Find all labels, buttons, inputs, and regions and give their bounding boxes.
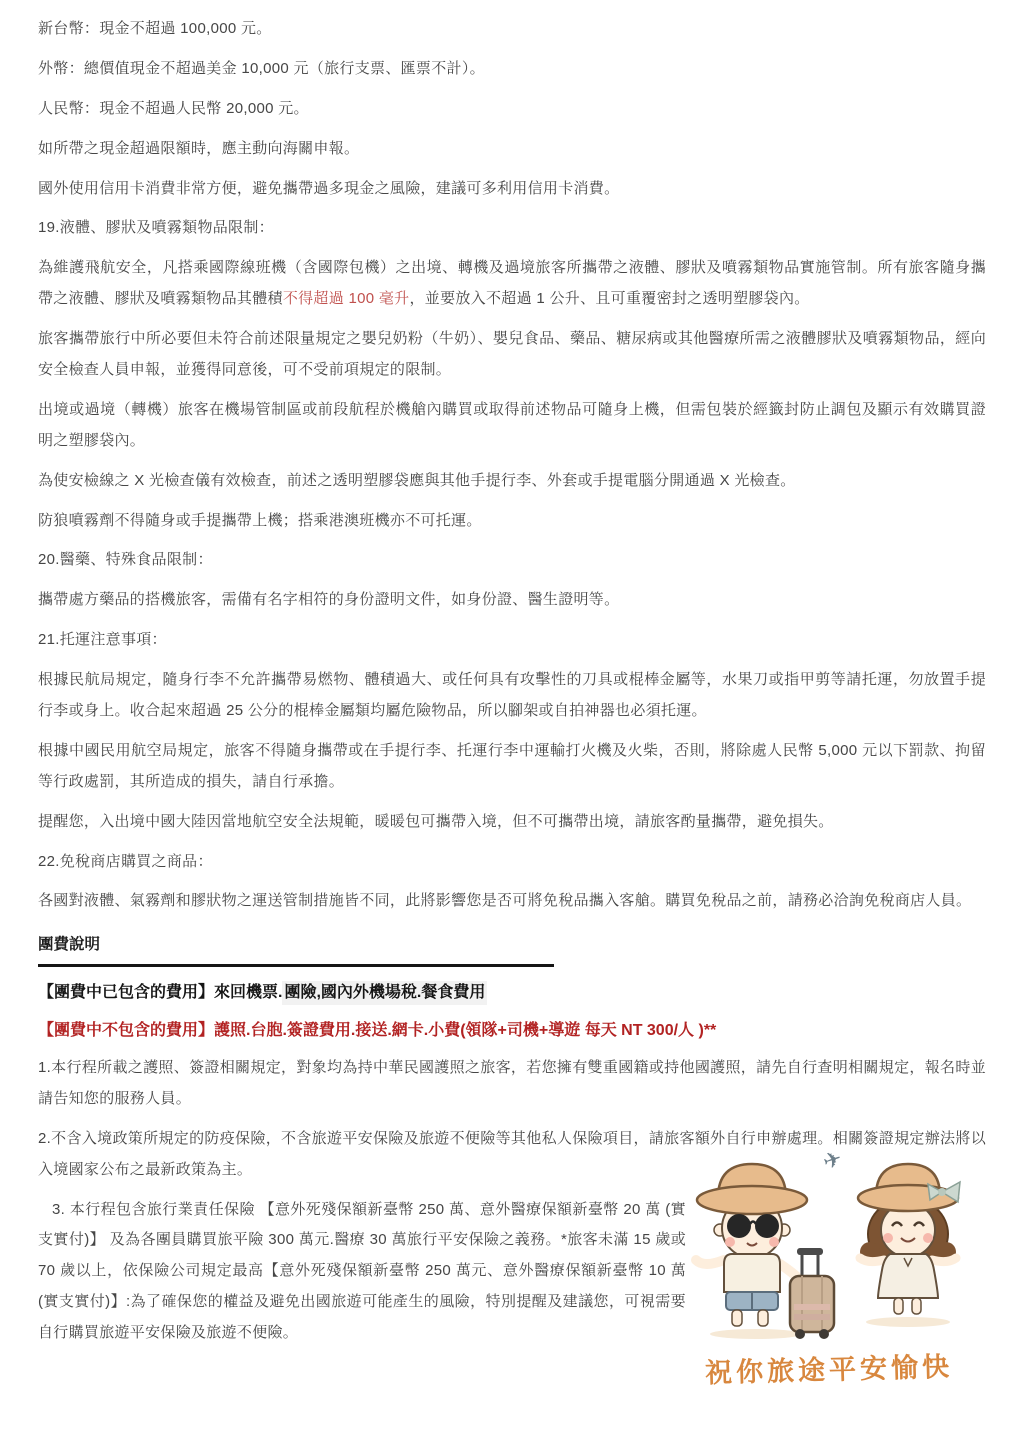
fee-bottom-block: 2.不含入境政策所規定的防疫保險，不含旅遊平安保險及旅遊不便險等其他私人保險項目… [38, 1124, 986, 1349]
sunglasses-icon [727, 1214, 751, 1238]
currency-line-twd: 新台幣：現金不超過 100,000 元。 [38, 14, 986, 45]
section-21-heading: 21.托運注意事項： [38, 625, 986, 656]
suitcase-icon [790, 1248, 834, 1339]
fee-section-title: 團費說明 [38, 933, 554, 966]
fee-excluded-line: 【團費中不包含的費用】護照.台胞.簽證費用.接送.網卡.小費(領隊+司機+導遊 … [38, 1015, 986, 1046]
currency-line-rmb: 人民幣：現金不超過人民幣 20,000 元。 [38, 94, 986, 125]
currency-line-foreign: 外幣：總價值現金不超過美金 10,000 元（旅行支票、匯票不計）。 [38, 54, 986, 85]
customs-declare-line: 如所帶之現金超過限額時，應主動向海關申報。 [38, 134, 986, 165]
fee-included-highlight: 團險,國內外機場稅.餐食費用 [282, 981, 487, 1005]
fee-included-label: 【團費中已包含的費用】來回機票. [38, 984, 282, 1001]
fee-included-line: 【團費中已包含的費用】來回機票.團險,國內外機場稅.餐食費用 [38, 977, 986, 1008]
shadow-left [710, 1329, 802, 1339]
shadow-right [866, 1317, 950, 1327]
plane-icon: ✈ [820, 1146, 845, 1175]
liquids-exception-paragraph: 旅客攜帶旅行中所必要但未符合前述限量規定之嬰兒奶粉（牛奶）、嬰兒食品、藥品、糖尿… [38, 324, 986, 386]
lighter-rule-paragraph: 根據中國民用航空局規定，旅客不得隨身攜帶或在手提行李、托運行李中運輸打火機及火柴… [38, 736, 986, 798]
liquids-rule-post: ，並要放入不超過 1 公升、且可重覆密封之透明塑膠袋內。 [409, 290, 809, 307]
liquids-xray-paragraph: 為使安檢線之 X 光檢查儀有效檢查，前述之透明塑膠袋應與其他手提行李、外套或手提… [38, 466, 986, 497]
liquids-100ml-warning: 不得超過 100 毫升 [283, 290, 410, 307]
prescription-paragraph: 攜帶處方藥品的搭機旅客，需備有名字相符的身份證明文件，如身份證、醫生證明等。 [38, 585, 986, 616]
checked-baggage-rule-paragraph: 根據民航局規定，隨身行李不允許攜帶易燃物、體積過大、或任何具有攻擊性的刀具或棍棒… [38, 665, 986, 727]
travel-notice-document: 新台幣：現金不超過 100,000 元。 外幣：總價值現金不超過美金 10,00… [0, 0, 1024, 1448]
illustration-caption: 祝你旅途平安愉快 [686, 1344, 973, 1390]
liquids-dutyfree-bag-paragraph: 出境或過境（轉機）旅客在機場管制區或前段航程於機艙內購買或取得前述物品可隨身上機… [38, 395, 986, 457]
pepper-spray-paragraph: 防狼噴霧劑不得隨身或手提攜帶上機；搭乘港澳班機亦不可托運。 [38, 506, 986, 537]
fee-note-3: 3. 本行程包含旅行業責任保險 【意外死殘保額新臺幣 250 萬、意外醫療保額新… [38, 1195, 686, 1349]
travelers-illustration: ✈ [686, 1146, 972, 1387]
section-19-heading: 19.液體、膠狀及噴霧類物品限制： [38, 213, 986, 244]
credit-card-line: 國外使用信用卡消費非常方便，避免攜帶過多現金之風險，建議可多利用信用卡消費。 [38, 174, 986, 205]
section-22-heading: 22.免稅商店購買之商品： [38, 847, 986, 878]
liquids-rule-paragraph: 為維護飛航安全，凡搭乘國際線班機（含國際包機）之出境、轉機及過境旅客所攜帶之液體… [38, 253, 986, 315]
dutyfree-paragraph: 各國對液體、氣霧劑和膠狀物之運送管制措施皆不同，此將影響您是否可將免稅品攜入客艙… [38, 886, 986, 917]
travelers-illustration-svg: ✈ [686, 1146, 972, 1342]
girl-figure [858, 1164, 960, 1314]
fee-note-1: 1.本行程所載之護照、簽證相關規定，對象均為持中華民國護照之旅客，若您擁有雙重國… [38, 1053, 986, 1115]
warmer-pack-paragraph: 提醒您，入出境中國大陸因當地航空安全法規範，暖暖包可攜帶入境，但不可攜帶出境，請… [38, 807, 986, 838]
section-20-heading: 20.醫藥、特殊食品限制： [38, 545, 986, 576]
